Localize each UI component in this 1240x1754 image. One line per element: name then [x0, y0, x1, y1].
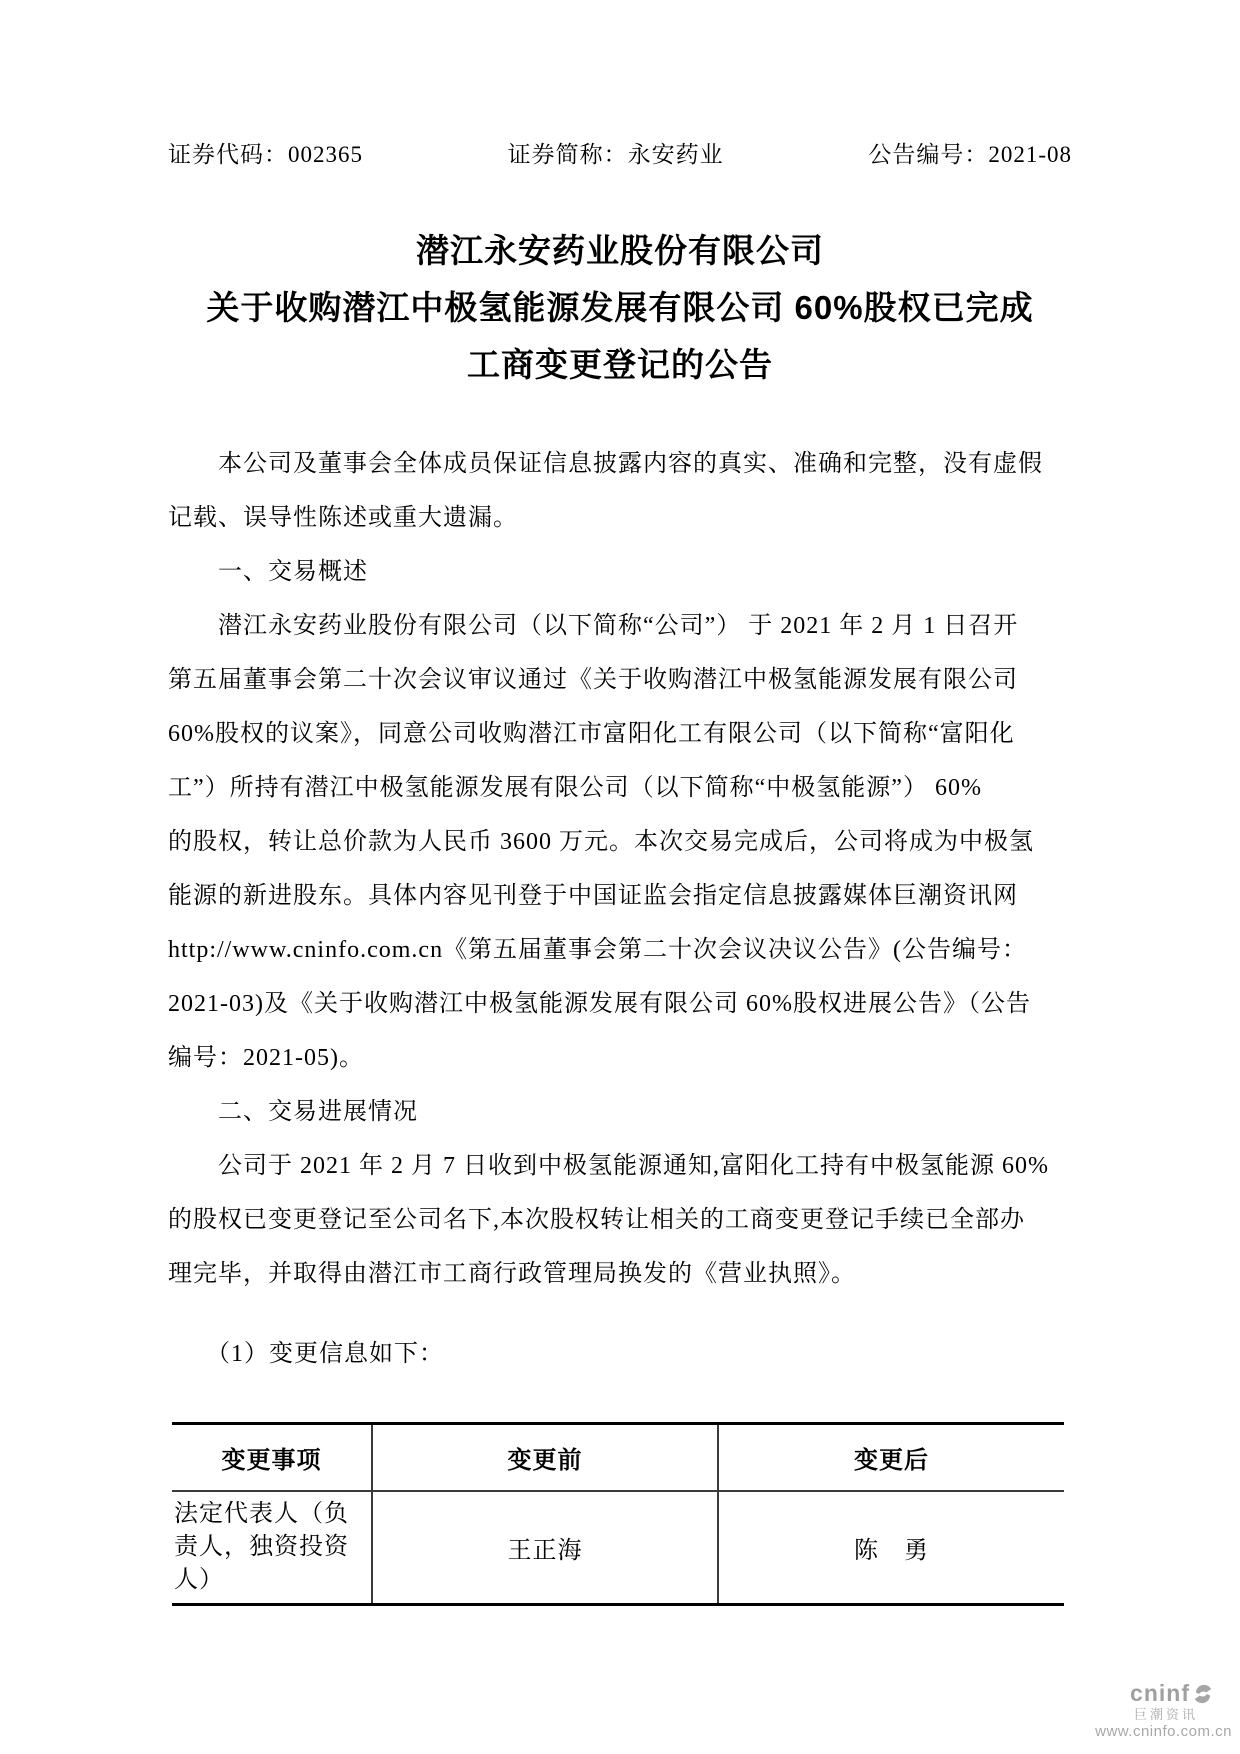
- text-line: http://www.cninfo.com.cn《第五届董事会第二十次会议决议公…: [168, 923, 1078, 977]
- cninfo-logo-row: cninf: [1095, 1682, 1214, 1705]
- text-line: 的股权，转让总价款为人民币 3600 万元。本次交易完成后，公司将成为中极氢: [168, 815, 1078, 869]
- table-header-row: 变更事项 变更前 变更后: [172, 1424, 1064, 1492]
- text-line: 工”）所持有潜江中极氢能源发展有限公司（以下简称“中极氢能源”） 60%: [168, 761, 1078, 815]
- change-info-table: 变更事项 变更前 变更后 法定代表人（负责人，独资投资人） 王正海 陈 勇: [172, 1422, 1064, 1606]
- column-header-after-change: 变更后: [718, 1424, 1064, 1492]
- text-line: 二、交易进展情况: [168, 1085, 1078, 1139]
- document-body: 本公司及董事会全体成员保证信息披露内容的真实、准确和完整，没有虚假记载、误导性陈…: [168, 437, 1078, 1381]
- text-line: 编号：2021-05)。: [168, 1031, 1078, 1085]
- text-line: 记载、误导性陈述或重大遗漏。: [168, 491, 1078, 545]
- text-line: 60%股权的议案》，同意公司收购潜江市富阳化工有限公司（以下简称“富阳化: [168, 707, 1078, 761]
- text-line: 第五届董事会第二十次会议审议通过《关于收购潜江中极氢能源发展有限公司: [168, 653, 1078, 707]
- stock-code: 证券代码：002365: [168, 136, 363, 169]
- column-header-before-change: 变更前: [372, 1424, 718, 1492]
- text-line: 能源的新进股东。具体内容见刊登于中国证监会指定信息披露媒体巨潮资讯网: [168, 869, 1078, 923]
- cninfo-url: www.cninfo.com.cn: [1095, 1724, 1232, 1739]
- text-line: 公司于 2021 年 2 月 7 日收到中极氢能源通知,富阳化工持有中极氢能源 …: [168, 1139, 1078, 1193]
- stock-name: 证券简称：永安药业: [508, 136, 724, 169]
- text-line: 本公司及董事会全体成员保证信息披露内容的真实、准确和完整，没有虚假: [168, 437, 1078, 491]
- title-line: 潜江永安药业股份有限公司: [140, 222, 1100, 279]
- text-line: 的股权已变更登记至公司名下,本次股权转让相关的工商变更登记手续已全部办: [168, 1193, 1078, 1247]
- cninfo-chinese-name: 巨潮资讯: [1095, 1708, 1198, 1721]
- cninfo-watermark: cninf 巨潮资讯 www.cninfo.com.cn: [1095, 1682, 1232, 1739]
- announcement-number: 公告编号：2021-08: [868, 136, 1072, 169]
- column-header-change-item: 变更事项: [172, 1424, 372, 1492]
- text-line: 一、交易概述: [168, 545, 1078, 599]
- table-row: 法定代表人（负责人，独资投资人） 王正海 陈 勇: [172, 1491, 1064, 1605]
- text-line: 理完毕，并取得由潜江市工商行政管理局换发的《营业执照》。: [168, 1247, 1078, 1301]
- title-line: 工商变更登记的公告: [140, 336, 1100, 393]
- cninfo-swirl-icon: [1192, 1683, 1214, 1705]
- document-title: 潜江永安药业股份有限公司关于收购潜江中极氢能源发展有限公司 60%股权已完成工商…: [140, 222, 1100, 393]
- cell-after-value: 陈 勇: [718, 1491, 1064, 1605]
- cell-change-item: 法定代表人（负责人，独资投资人）: [172, 1491, 372, 1605]
- cell-before-value: 王正海: [372, 1491, 718, 1605]
- document-header: 证券代码：002365 证券简称：永安药业 公告编号：2021-08: [168, 136, 1072, 169]
- text-line: 2021-03)及《关于收购潜江中极氢能源发展有限公司 60%股权进展公告》（公…: [168, 977, 1078, 1031]
- text-line: （1）变更信息如下：: [168, 1327, 1078, 1381]
- text-line: 潜江永安药业股份有限公司（以下简称“公司”） 于 2021 年 2 月 1 日召…: [168, 599, 1078, 653]
- title-line: 关于收购潜江中极氢能源发展有限公司 60%股权已完成: [140, 279, 1100, 336]
- document-page: 证券代码：002365 证券简称：永安药业 公告编号：2021-08 潜江永安药…: [0, 0, 1240, 1754]
- cninfo-wordmark: cninf: [1130, 1682, 1190, 1705]
